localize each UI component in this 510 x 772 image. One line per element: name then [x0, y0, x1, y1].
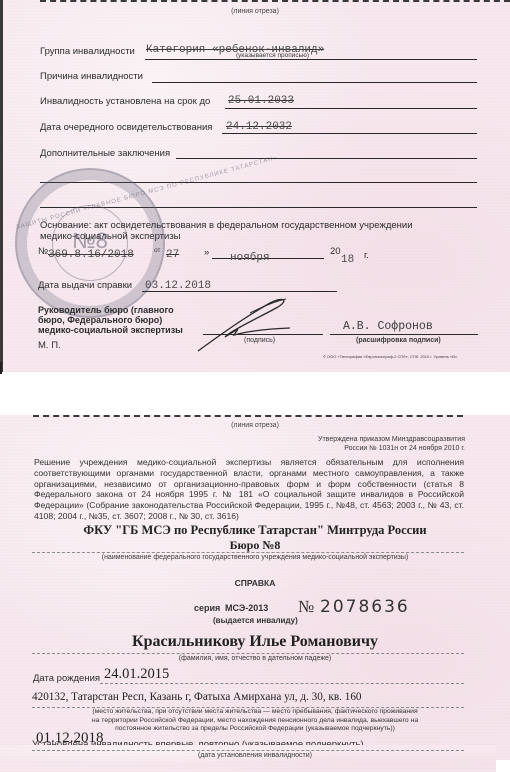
address-caption-line2: на территории Российской Федерации, мест…	[0, 717, 510, 726]
printer-note: © ООО «Типография «Европолиграф-2 СПб», …	[323, 354, 458, 359]
issued-to-caption: (выдается инвалиду)	[213, 616, 298, 625]
established-date: 01.12.2018	[36, 730, 104, 747]
basis-year-prefix: 20	[330, 246, 341, 257]
institution-line2: Бюро №8	[0, 538, 510, 553]
cut-line	[40, 0, 510, 2]
disability-group-label: Группа инвалидности	[40, 46, 135, 57]
established-date-caption: (дата установления инвалидности)	[0, 752, 510, 759]
head-title-line2: бюро, Федерального бюро)	[38, 315, 162, 325]
basis-number-value: 369.8.16/2018	[48, 249, 134, 261]
address-caption-line1: (место жительства, при отсутствии места …	[0, 708, 510, 717]
head-name-line	[330, 334, 478, 335]
basis-date-prefix: от	[154, 247, 160, 254]
page-edge	[0, 0, 3, 372]
basis-text-line1: Основание: акт освидетельствования в фед…	[40, 220, 413, 231]
certificate-bottom-section: (линия отреза) Утверждена приказом Минзд…	[0, 415, 510, 760]
approval-line1: Утверждена приказом Минздравсоцразвития	[318, 436, 465, 443]
approval-line2: России № 1031н от 24 ноября 2010 г.	[344, 445, 465, 452]
cut-line-caption: (линия отреза)	[0, 422, 510, 429]
number-label: №	[298, 597, 314, 617]
disability-group-line	[145, 59, 477, 60]
institution-caption: (наименование федерального государственн…	[0, 554, 510, 561]
next-exam-label: Дата очередного освидетельствования	[40, 122, 212, 133]
valid-until-value: 25.01.2033	[228, 95, 294, 107]
official-stamp: ЗАЩИТЫ РОССИИ «ГЛАВНОЕ БЮРО МСЭ ПО РЕСПУ…	[15, 168, 165, 318]
basis-text-line2: медико-социальной экспертизы	[40, 231, 181, 242]
legal-paragraph: Решение учреждения медико-социальной экс…	[34, 457, 464, 522]
person-name: Красильникову Илье Романовичу	[0, 633, 510, 651]
person-name-caption: (фамилия, имя, отчество в дательном паде…	[0, 655, 510, 662]
head-name: А.В. Софронов	[343, 320, 433, 333]
basis-number-prefix: №	[38, 246, 48, 257]
institution-line	[32, 552, 464, 553]
next-exam-value: 24.12.2032	[226, 121, 292, 133]
certificate-number: 2078636	[320, 597, 410, 617]
next-exam-line	[222, 133, 477, 134]
certificate-top-section: (линия отреза) Группа инвалидности Катег…	[0, 0, 510, 372]
seal-mark: М. П.	[38, 340, 61, 351]
series-value: МСЭ-2013	[225, 603, 268, 613]
signature-caption: (подпись)	[244, 337, 275, 344]
cut-line-caption: (линия отреза)	[0, 8, 510, 15]
valid-until-line	[225, 108, 477, 109]
issue-date-value: 03.12.2018	[145, 280, 211, 292]
established-date-line	[32, 750, 464, 751]
page-edge-tick	[0, 362, 2, 374]
additional-conclusions-label: Дополнительные заключения	[40, 148, 170, 159]
cut-line	[33, 415, 463, 417]
basis-month: ноября	[230, 252, 270, 264]
issue-date-label: Дата выдачи справки	[38, 280, 132, 291]
disability-cause-line	[152, 82, 477, 83]
basis-year-unit: г.	[364, 250, 369, 261]
institution-line1: ФКУ "ГБ МСЭ по Республике Татарстан" Мин…	[0, 523, 510, 538]
head-name-caption: (расшифровка подписи)	[356, 337, 441, 344]
basis-year-suffix: 18	[341, 254, 354, 266]
person-name-line	[32, 653, 464, 654]
head-title-line3: медико-социальной экспертизы	[38, 325, 183, 335]
stamp-center: №8	[52, 205, 128, 281]
series-label: серия	[194, 603, 220, 613]
document-title: СПРАВКА	[0, 578, 510, 588]
additional-line-1	[176, 158, 477, 159]
birth-date-value: 24.01.2015	[104, 666, 169, 683]
head-title-line1: Руководитель бюро (главного	[38, 305, 174, 315]
quote-mark: »	[204, 247, 209, 258]
birth-date-label: Дата рождения	[33, 673, 100, 684]
birth-date-line	[100, 683, 464, 684]
valid-until-label: Инвалидность установлена на срок до	[40, 96, 210, 107]
disability-group-hint: (указывается прописью)	[236, 52, 309, 59]
signature-icon	[190, 295, 300, 355]
basis-day: 27	[166, 249, 179, 261]
disability-cause-label: Причина инвалидности	[40, 71, 143, 82]
address-value: 420132, Татарстан Респ, Казань г, Фатыха…	[32, 691, 362, 703]
